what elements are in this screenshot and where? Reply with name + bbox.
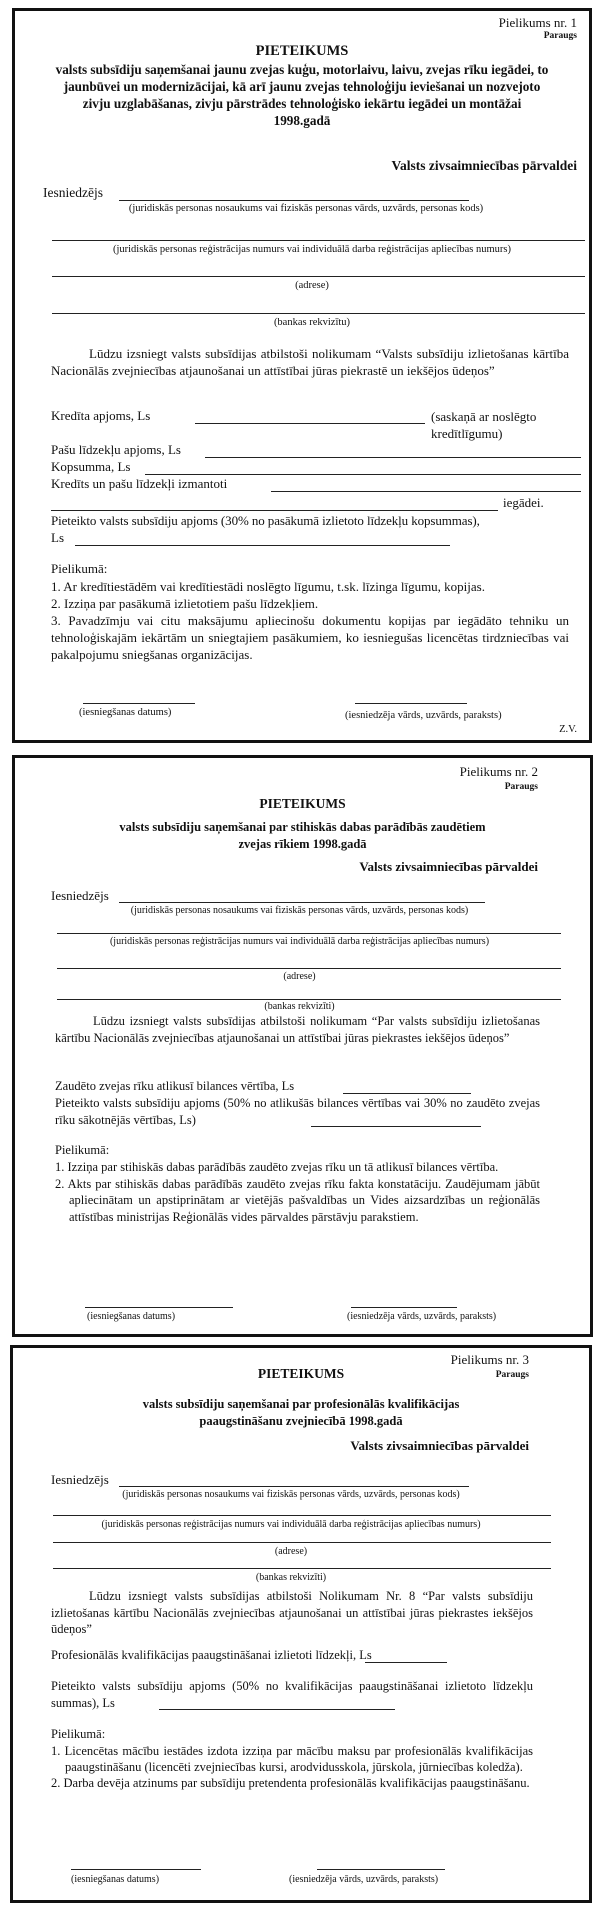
signature-hint: (iesniedzēja vārds, uzvārds, paraksts) xyxy=(347,1311,496,1322)
date-input-line[interactable] xyxy=(83,703,195,704)
subsidy-input-line[interactable] xyxy=(159,1709,395,1710)
address-hint: (adrese) xyxy=(45,971,554,982)
form-title: PIETEIKUMS xyxy=(15,43,589,60)
stamp-label: Z.V. xyxy=(559,724,577,735)
signature-input-line[interactable] xyxy=(351,1307,457,1308)
bank-input-line[interactable] xyxy=(57,999,561,1000)
total-label: Kopsumma, Ls xyxy=(51,459,130,475)
attachments-list: 1. Licencētas mācību iestādes izdota izz… xyxy=(51,1743,533,1791)
applicant-input-line[interactable] xyxy=(119,902,485,903)
attachments-label: Pielikumā: xyxy=(51,1727,105,1742)
attachments-label: Pielikumā: xyxy=(51,561,107,577)
used-input-line-2[interactable] xyxy=(51,510,498,511)
subsidy-label: Pieteikto valsts subsīdiju apjoms (30% n… xyxy=(51,513,480,529)
addressee: Valsts zivsaimniecības pārvaldei xyxy=(359,859,538,875)
subsidy-label-text: Pieteikto valsts subsīdiju apjoms (50% n… xyxy=(51,1679,533,1710)
annex-number: Pielikums nr. 2 xyxy=(460,764,538,780)
used-suffix: iegādei. xyxy=(503,495,544,511)
application-form-1: Pielikums nr. 1 Paraugs PIETEIKUMS valst… xyxy=(12,8,592,743)
spent-input-line[interactable] xyxy=(365,1662,447,1663)
bank-input-line[interactable] xyxy=(52,313,585,314)
annex-number: Pielikums nr. 1 xyxy=(499,15,577,31)
form-title: PIETEIKUMS xyxy=(15,796,590,812)
attachment-item: 1. Izziņa par stihiskās dabas parādībās … xyxy=(55,1159,540,1176)
credit-input-line[interactable] xyxy=(195,423,425,424)
request-text: Lūdzu izsniegt valsts subsīdijas atbilst… xyxy=(51,1588,533,1638)
application-form-3: Pielikums nr. 3 Paraugs PIETEIKUMS valst… xyxy=(10,1345,592,1903)
address-input-line[interactable] xyxy=(52,276,585,277)
bank-input-line[interactable] xyxy=(53,1568,551,1569)
address-hint: (adrese) xyxy=(43,1546,539,1557)
attachments-label: Pielikumā: xyxy=(55,1143,109,1158)
request-body: Lūdzu izsniegt valsts subsīdijas atbilst… xyxy=(51,346,569,378)
address-hint: (adrese) xyxy=(43,280,581,291)
balance-label: Zaudēto zvejas rīku atlikusī bilances vē… xyxy=(55,1079,294,1094)
bank-hint: (bankas rekvizītu) xyxy=(43,317,581,328)
request-text: Lūdzu izsniegt valsts subsīdijas atbilst… xyxy=(55,1013,540,1046)
attachment-item: 1. Ar kredītiestādēm vai kredītiestādi n… xyxy=(51,578,569,595)
signature-input-line[interactable] xyxy=(317,1869,445,1870)
attachment-item: 2. Izziņa par pasākumā izlietotiem pašu … xyxy=(51,595,569,612)
registration-hint: (juridiskās personas reģistrācijas numur… xyxy=(45,936,554,947)
date-input-line[interactable] xyxy=(85,1307,233,1308)
attachments-list: 1. Ar kredītiestādēm vai kredītiestādi n… xyxy=(51,578,569,663)
subsidy-input-line[interactable] xyxy=(311,1126,481,1127)
date-input-line[interactable] xyxy=(71,1869,201,1870)
addressee: Valsts zivsaimniecības pārvaldei xyxy=(391,158,577,174)
request-text: Lūdzu izsniegt valsts subsīdijas atbilst… xyxy=(51,345,569,379)
request-body: Lūdzu izsniegt valsts subsīdijas atbilst… xyxy=(55,1014,540,1045)
form-subtitle: valsts subsīdiju saņemšanai par stihiskā… xyxy=(115,819,490,853)
attachment-item: 3. Pavadzīmju vai citu maksājumu aplieci… xyxy=(51,612,569,663)
credit-note: (saskaņā ar noslēgto kredītlīgumu) xyxy=(431,408,581,442)
registration-input-line[interactable] xyxy=(57,933,561,934)
sample-label: Paraugs xyxy=(544,31,577,41)
address-input-line[interactable] xyxy=(57,968,561,969)
signature-input-line[interactable] xyxy=(355,703,467,704)
attachments-list: 1. Izziņa par stihiskās dabas parādībās … xyxy=(55,1159,540,1225)
own-funds-input-line[interactable] xyxy=(205,457,581,458)
credit-note-text: (saskaņā ar noslēgto kredītlīgumu) xyxy=(431,409,536,441)
attachment-item: 2. Darba devēja atzinums par subsīdiju p… xyxy=(51,1775,533,1791)
subsidy-input-line[interactable] xyxy=(75,545,450,546)
applicant-label: Iesniedzējs xyxy=(43,185,103,201)
registration-input-line[interactable] xyxy=(52,240,585,241)
subsidy-ls: Ls xyxy=(51,530,64,546)
applicant-label: Iesniedzējs xyxy=(51,888,109,904)
used-input-line-1[interactable] xyxy=(271,491,581,492)
registration-hint: (juridiskās personas reģistrācijas numur… xyxy=(43,1519,539,1530)
applicant-hint: (juridiskās personas nosaukums vai fizis… xyxy=(43,203,569,214)
registration-input-line[interactable] xyxy=(53,1515,551,1516)
subsidy-label-text: Pieteikto valsts subsīdiju apjoms (50% n… xyxy=(55,1096,540,1127)
attachment-item: 2. Akts par stihiskās dabas parādībās za… xyxy=(55,1176,540,1226)
subsidy-label: Pieteikto valsts subsīdiju apjoms (50% n… xyxy=(55,1095,540,1128)
applicant-hint: (juridiskās personas nosaukums vai fizis… xyxy=(43,1489,539,1500)
form-subtitle: valsts subsīdiju saņemšanai par profesio… xyxy=(113,1396,489,1430)
address-input-line[interactable] xyxy=(53,1542,551,1543)
credit-label: Kredīta apjoms, Ls xyxy=(51,408,150,424)
own-funds-label: Pašu līdzekļu apjoms, Ls xyxy=(51,442,181,458)
subsidy-label: Pieteikto valsts subsīdiju apjoms (50% n… xyxy=(51,1678,533,1711)
application-form-2: Pielikums nr. 2 Paraugs PIETEIKUMS valst… xyxy=(12,755,593,1337)
applicant-hint: (juridiskās personas nosaukums vai fizis… xyxy=(45,905,554,916)
applicant-input-line[interactable] xyxy=(119,1486,469,1487)
sample-label: Paraugs xyxy=(505,782,538,792)
applicant-input-line[interactable] xyxy=(119,200,469,201)
total-input-line[interactable] xyxy=(145,474,581,475)
date-hint: (iesniegšanas datums) xyxy=(87,1311,175,1322)
bank-hint: (bankas rekvizīti) xyxy=(45,1001,554,1012)
bank-hint: (bankas rekvizīti) xyxy=(43,1572,539,1583)
date-hint: (iesniegšanas datums) xyxy=(79,707,171,718)
form-subtitle: valsts subsīdiju saņemšanai jaunu zvejas… xyxy=(55,61,549,129)
attachment-item: 1. Licencētas mācību iestādes izdota izz… xyxy=(51,1743,533,1775)
addressee: Valsts zivsaimniecības pārvaldei xyxy=(350,1438,529,1454)
registration-hint: (juridiskās personas reģistrācijas numur… xyxy=(43,244,581,255)
spent-label: Profesionālās kvalifikācijas paaugstināš… xyxy=(51,1648,372,1663)
applicant-label: Iesniedzējs xyxy=(51,1472,109,1488)
balance-input-line[interactable] xyxy=(343,1093,471,1094)
form-title: PIETEIKUMS xyxy=(13,1366,589,1382)
used-label: Kredīts un pašu līdzekļi izmantoti xyxy=(51,476,227,492)
date-hint: (iesniegšanas datums) xyxy=(71,1874,159,1885)
signature-hint: (iesniedzēja vārds, uzvārds, paraksts) xyxy=(289,1874,438,1885)
request-body: Lūdzu izsniegt valsts subsīdijas atbilst… xyxy=(51,1589,533,1636)
signature-hint: (iesniedzēja vārds, uzvārds, paraksts) xyxy=(345,710,502,721)
